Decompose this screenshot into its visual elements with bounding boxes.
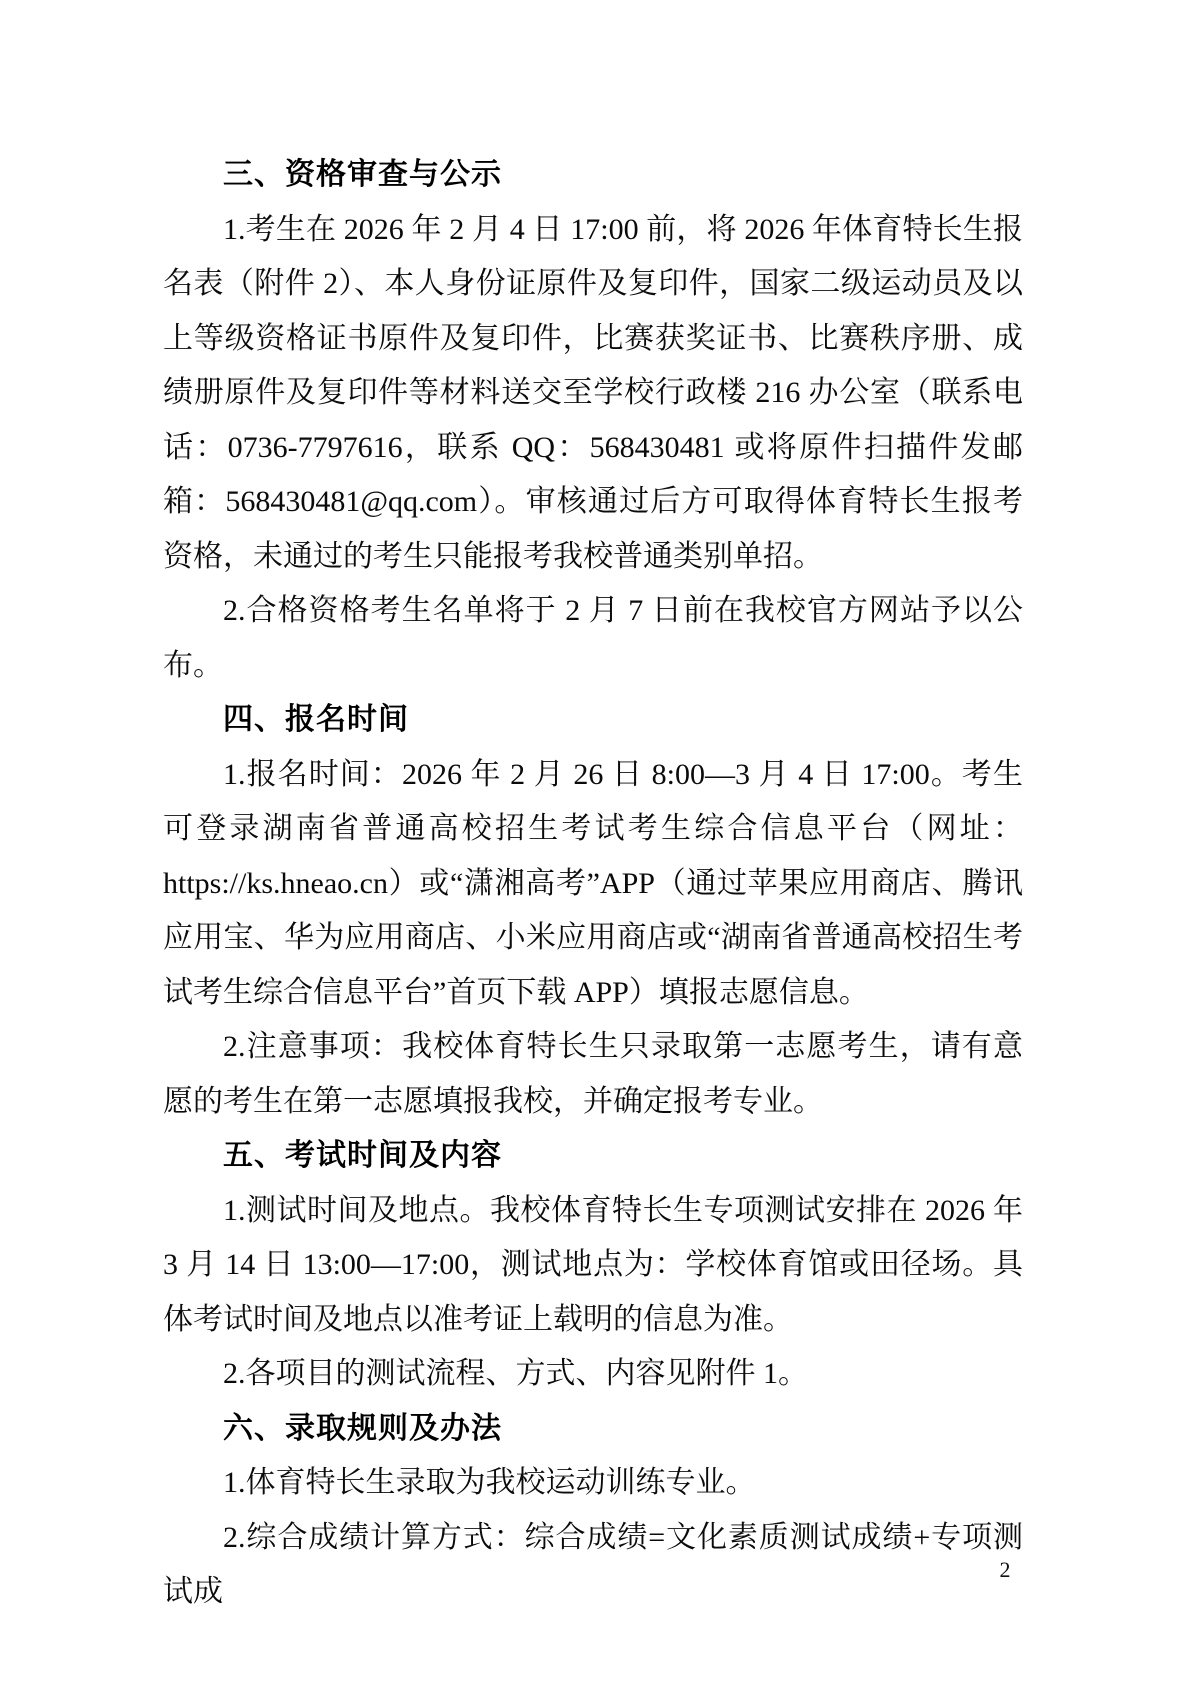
section-heading-admission-rules: 六、录取规则及办法: [163, 1402, 1023, 1457]
paragraph-test-time-location: 1.测试时间及地点。我校体育特长生专项测试安排在 2026 年 3 月 14 日…: [163, 1184, 1023, 1348]
section-heading-qualification-review: 三、资格审查与公示: [163, 148, 1023, 203]
paragraph-qualified-list-publication: 2.合格资格考生名单将于 2 月 7 日前在我校官方网站予以公布。: [163, 584, 1023, 693]
paragraph-registration-notes: 2.注意事项：我校体育特长生只录取第一志愿考生，请有意愿的考生在第一志愿填报我校…: [163, 1020, 1023, 1129]
document-page: 三、资格审查与公示 1.考生在 2026 年 2 月 4 日 17:00 前，将…: [0, 0, 1191, 1684]
section-heading-exam-time-content: 五、考试时间及内容: [163, 1129, 1023, 1184]
paragraph-test-procedures: 2.各项目的测试流程、方式、内容见附件 1。: [163, 1347, 1023, 1402]
paragraph-materials-submission: 1.考生在 2026 年 2 月 4 日 17:00 前，将 2026 年体育特…: [163, 203, 1023, 585]
paragraph-composite-score-formula: 2.综合成绩计算方式：综合成绩=文化素质测试成绩+专项测试成: [163, 1511, 1023, 1620]
paragraph-registration-period: 1.报名时间：2026 年 2 月 26 日 8:00—3 月 4 日 17:0…: [163, 748, 1023, 1021]
section-heading-registration-time: 四、报名时间: [163, 693, 1023, 748]
document-content: 三、资格审查与公示 1.考生在 2026 年 2 月 4 日 17:00 前，将…: [163, 148, 1023, 1620]
paragraph-admission-major: 1.体育特长生录取为我校运动训练专业。: [163, 1456, 1023, 1511]
page-number: 2: [985, 1556, 1025, 1584]
